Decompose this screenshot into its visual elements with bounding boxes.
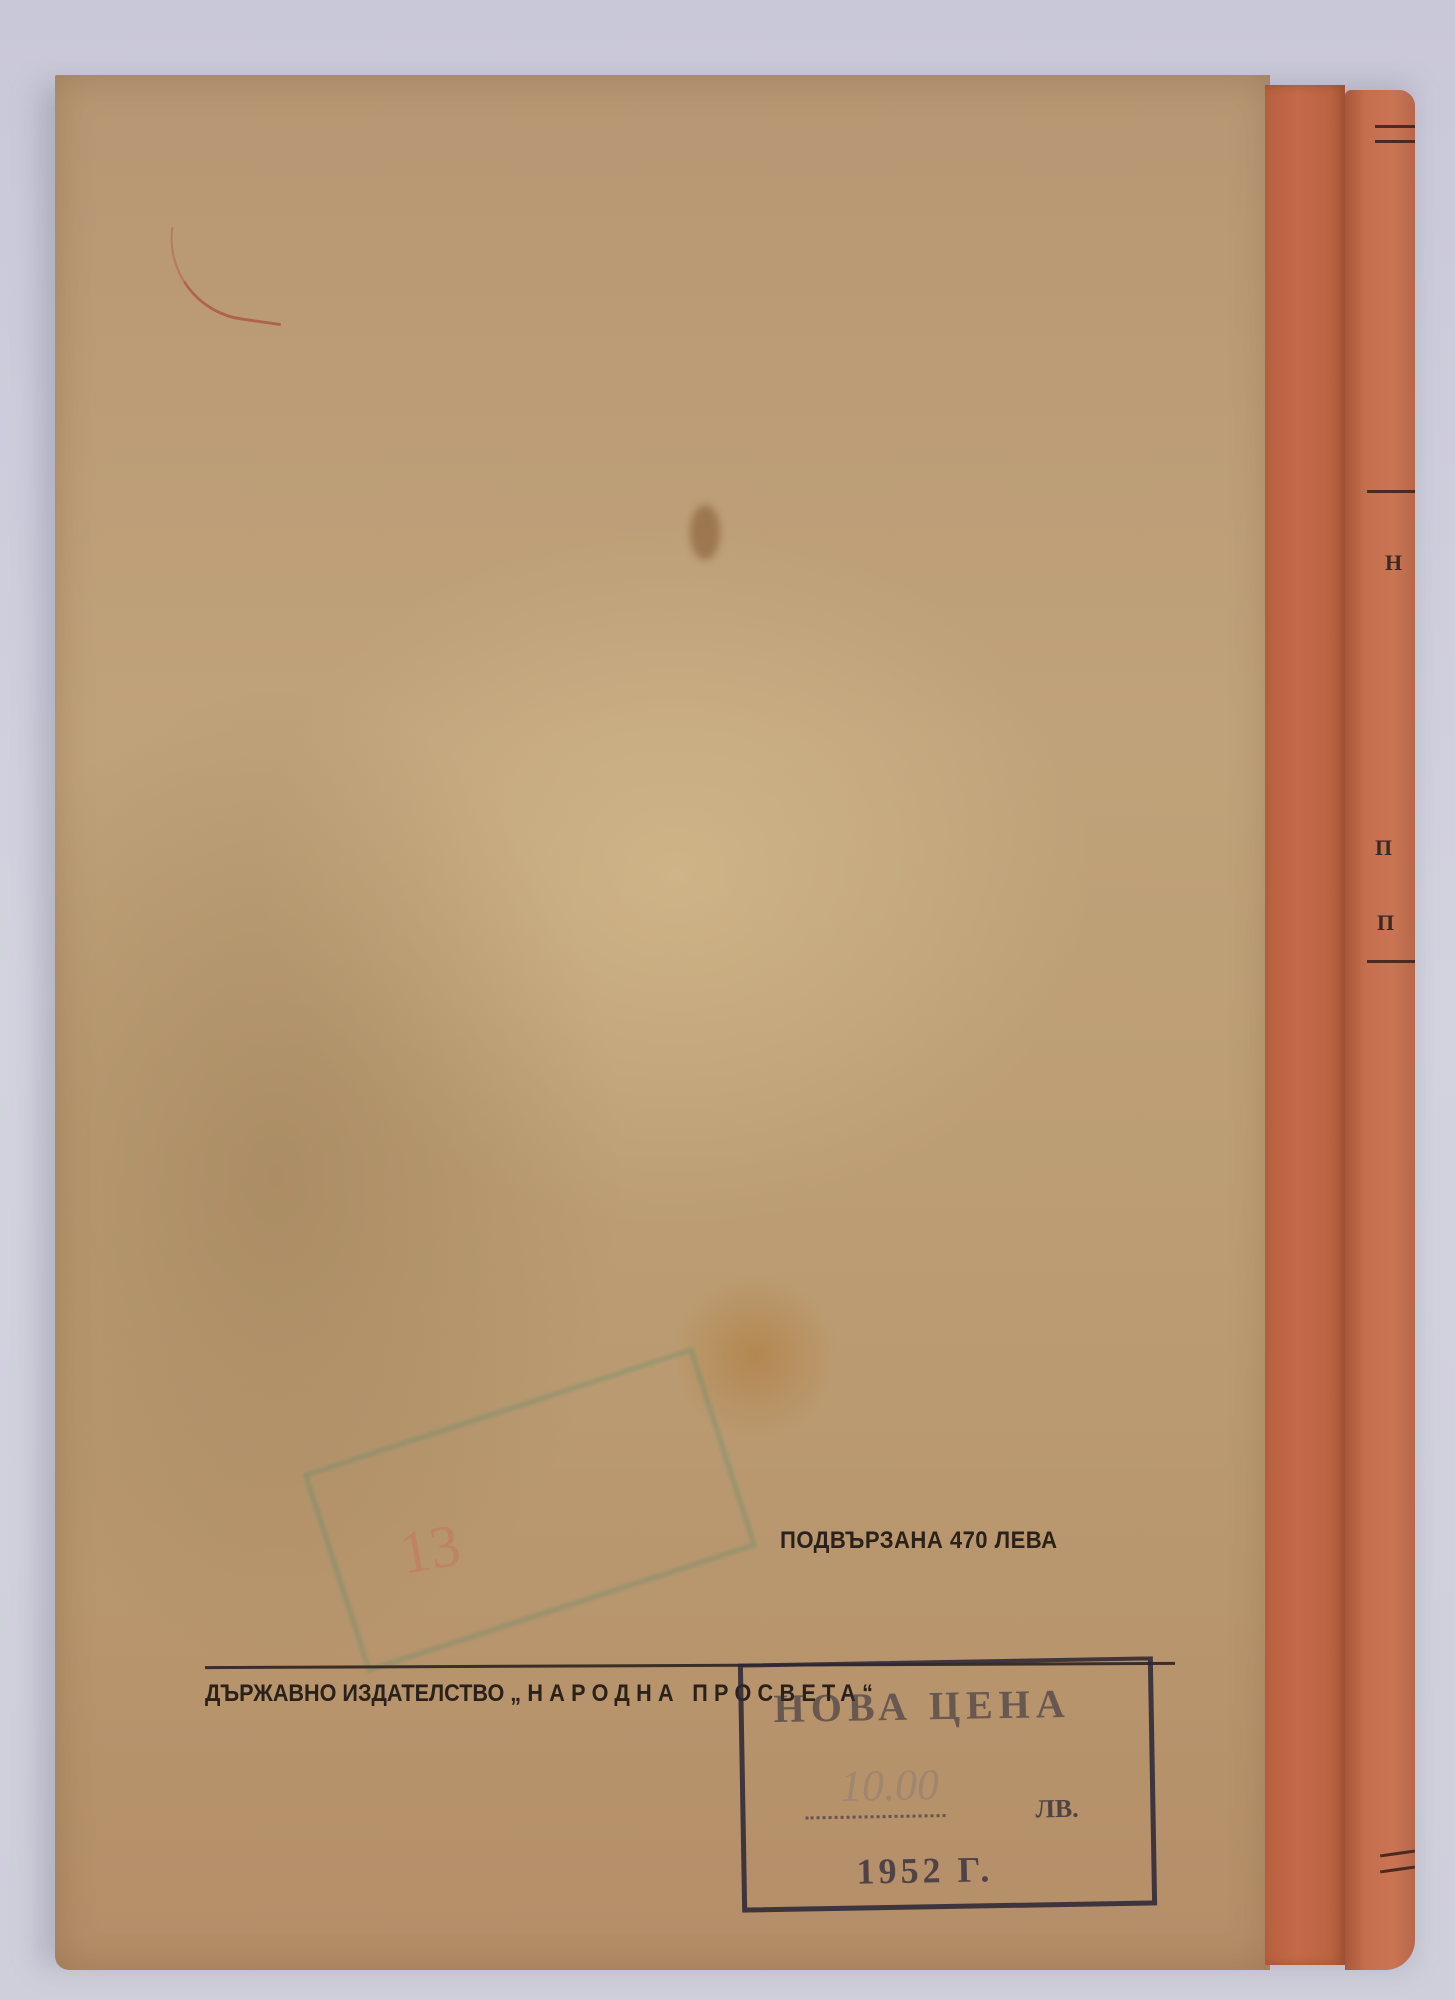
spine-rule-upper [1367, 490, 1415, 493]
red-pencil-mark [160, 227, 292, 326]
spine-rule-top-2 [1375, 140, 1415, 143]
new-price-stamp: НОВА ЦЕНА 10.00 ЛВ. 1952 Г. [738, 1656, 1157, 1912]
book-spine: Н П П [1345, 90, 1415, 1970]
stamp-handwritten-value: 10.00 [840, 1759, 940, 1812]
publisher-prefix: ДЪРЖАВНО ИЗДАТЕЛСТВО [205, 1680, 510, 1707]
stamp-dotted-line [806, 1814, 946, 1819]
spine-text-fragment: П [1377, 910, 1394, 936]
pencil-number: 13 [394, 1510, 465, 1588]
faded-green-stamp [303, 1347, 758, 1673]
spine-rule-lower [1367, 960, 1415, 963]
bound-price-label: ПОДВЪРЗАНА 470 ЛЕВА [780, 1527, 1057, 1555]
spine-rule-bottom [1380, 1850, 1415, 1858]
spine-rule-bottom-2 [1380, 1866, 1415, 1874]
spine-rule-top [1375, 125, 1415, 128]
stamp-year: 1952 Г. [856, 1848, 994, 1892]
spine-text-fragment: П [1375, 835, 1392, 861]
spine-text-fragment: Н [1385, 550, 1402, 576]
stamp-currency: ЛВ. [1035, 1794, 1079, 1825]
spine-cloth-edge [1265, 85, 1345, 1965]
stain-spot [690, 505, 720, 560]
stamp-title: НОВА ЦЕНА [773, 1680, 1071, 1732]
